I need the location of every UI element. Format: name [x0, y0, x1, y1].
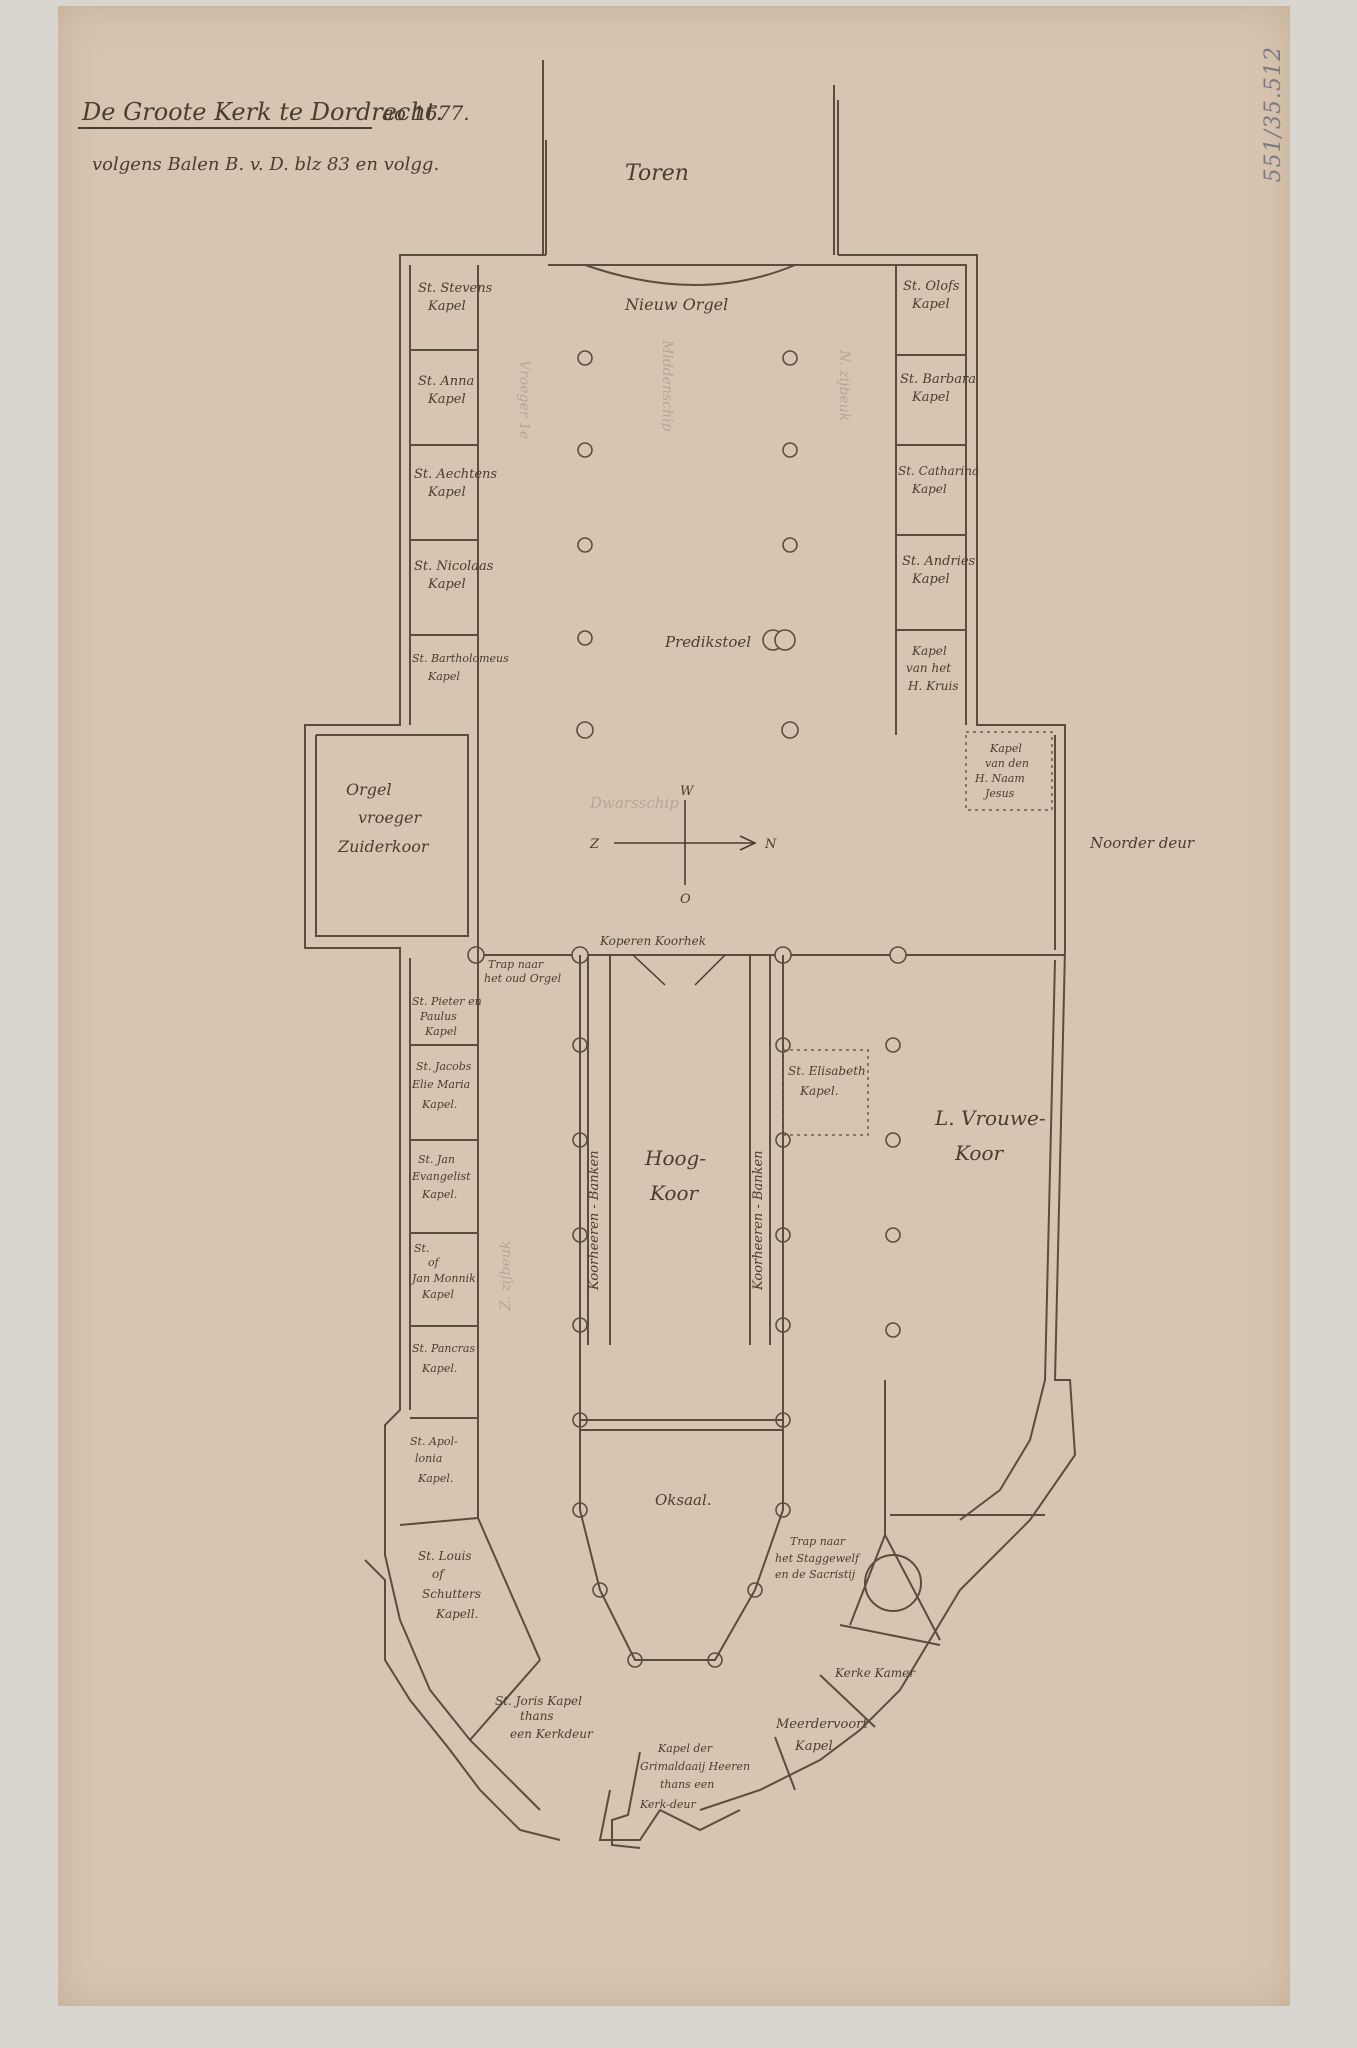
pencil-note: N. zijbeuk — [836, 349, 852, 421]
choir-screen: Koperen Koorhek Trap naarhet oud Orgel — [478, 934, 1065, 1345]
choir-screen-label: Koperen Koorhek — [599, 934, 706, 948]
oksaal-label: Oksaal. — [655, 1491, 712, 1509]
stair-old-organ-label: Trap naarhet oud Orgel — [484, 958, 562, 985]
nave-columns — [577, 351, 798, 738]
compass-east: O — [680, 892, 691, 907]
chapel-label: St. Pieter enPaulusKapel — [412, 995, 482, 1038]
chapel-holy-name-label: Kapelvan denH. NaamJesus — [974, 742, 1029, 800]
tower: Toren — [543, 60, 838, 255]
chapels-left-choir: St. Pieter enPaulusKapel St. JacobsElie … — [400, 948, 540, 1740]
chapels-left-nave: St. StevensKapel St. AnnaKapel St. Aecht… — [410, 281, 509, 683]
chapels-right-nave: St. OlofsKapel St. BarbaraKapel St. Cath… — [896, 279, 1052, 810]
chapel-elisabeth-label: St. ElisabethKapel. — [788, 1064, 866, 1098]
lady-choir-label: L. Vrouwe-Koor — [934, 1106, 1046, 1165]
chapel-label: St. BartholomeusKapel — [412, 652, 509, 683]
choir-stalls-left-label: Koorheeren - Banken — [587, 1150, 602, 1291]
new-organ-label: Nieuw Orgel — [624, 295, 728, 314]
chapel-label: St. PancrasKapel. — [412, 1342, 475, 1375]
church-floor-plan: De Groote Kerk te Dordrecht. ao 1677. vo… — [0, 0, 1357, 2048]
chapel-label: St. LouisofSchuttersKapell. — [418, 1549, 481, 1621]
church-room-label: Kerke Kamer — [834, 1666, 916, 1680]
pulpit-label: Predikstoel — [664, 633, 751, 651]
pencil-note: Middenschip — [659, 339, 675, 432]
chapel-label: St. AndriesKapel — [902, 554, 976, 587]
chapel-label: St. AechtensKapel — [414, 467, 497, 500]
stair-sacristy-label: Trap naarhet Staggewelfen de Sacristij — [775, 1535, 861, 1581]
chapel-joris-label: St. Joris Kapelthanseen Kerkdeur — [495, 1694, 594, 1741]
choir-walls — [365, 948, 1075, 1840]
pencil-note: Z. zijbeuk — [498, 1241, 514, 1311]
chapel-label: St. Apol-loniaKapel. — [410, 1435, 458, 1485]
chapel-meerdervoort-label: MeerdervoortKapel. — [775, 1717, 868, 1754]
chapel-lords-label: Kapel derGrimaldaaij Heerenthans eenKerk… — [639, 1742, 750, 1811]
compass-north: N — [764, 837, 777, 852]
choir-stalls-right-label: Koorheeren - Banken — [751, 1150, 766, 1291]
plan-date: ao 1677. — [382, 101, 470, 125]
chapel-label: Kapelvan hetH. Kruis — [906, 644, 959, 693]
chapel-label: St. JanEvangelistKapel. — [411, 1153, 471, 1201]
pencil-note: Vroeger 1e — [516, 360, 532, 439]
pencil-note: Dwarsschip — [589, 794, 679, 812]
compass-south: Z — [589, 837, 600, 852]
tower-label: Toren — [625, 161, 689, 186]
high-choir-label: Hoog-Koor — [644, 1146, 706, 1205]
compass-west: W — [680, 784, 695, 799]
plan-subtitle: volgens Balen B. v. D. blz 83 en volgg. — [92, 154, 439, 175]
chapel-label: St. AnnaKapel — [418, 374, 474, 407]
chapel-label: St.ofJan MonnikKapel — [410, 1242, 476, 1301]
chapel-label: St. BarbaraKapel — [900, 372, 976, 405]
chapel-label: St. JacobsElie MariaKapel. — [411, 1060, 472, 1111]
chapel-label: St. OlofsKapel — [903, 279, 960, 312]
north-door-label: Noorder deur — [1089, 834, 1195, 852]
chapel-label: St. NicolaasKapel — [414, 559, 494, 592]
sacristy-area: Trap naarhet Staggewelfen de Sacristij K… — [612, 1380, 1045, 1848]
chapel-label: St. StevensKapel — [418, 281, 493, 314]
old-organ-label: OrgelvroegerZuiderkoor — [337, 780, 430, 856]
